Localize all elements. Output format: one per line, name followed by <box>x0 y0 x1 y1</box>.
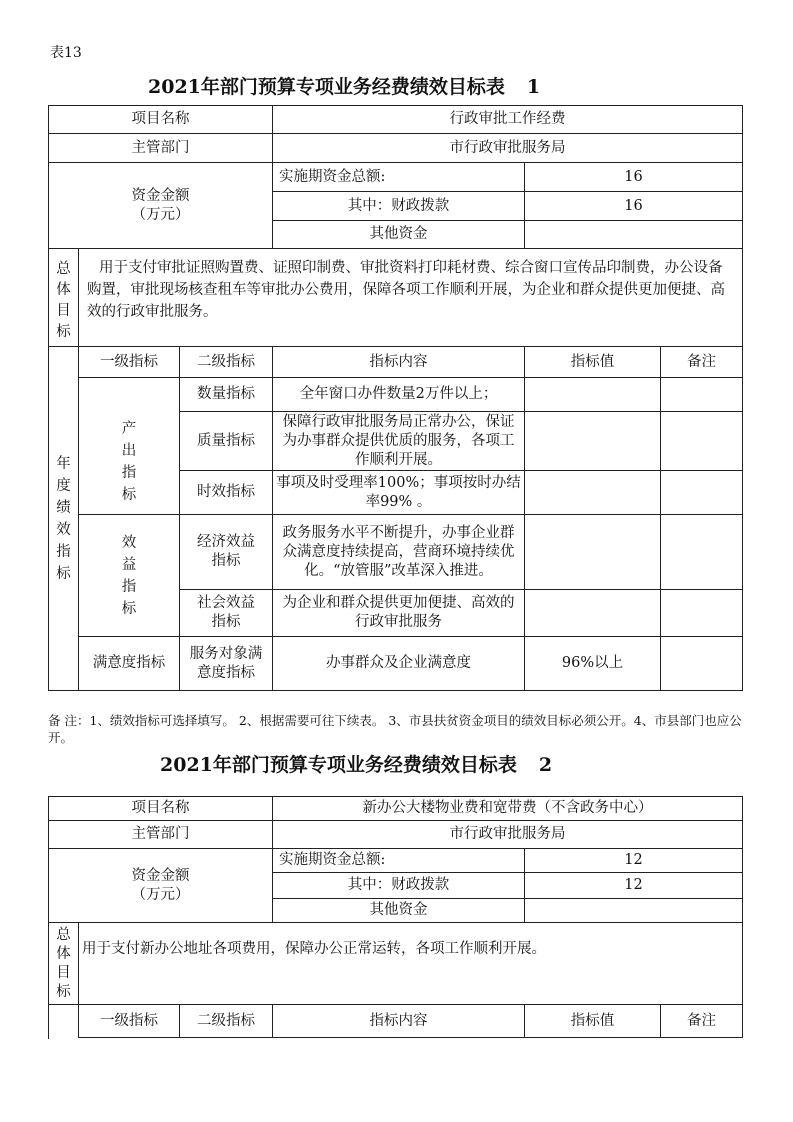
t2-fiscal-funds-label: 其中：财政拨款 <box>272 872 525 899</box>
table-2-title-text: 2021年部门预算专项业务经费绩效目标表 <box>160 754 517 776</box>
header-content: 指标内容 <box>272 346 525 378</box>
t2-dept-label: 主管部门 <box>48 820 273 849</box>
t2-other-funds-label: 其他资金 <box>272 898 525 923</box>
overall-goal-text: 用于支付审批证照购置费、证照印制费、审批资料打印耗材费、综合窗口宣传品印制费，办… <box>78 248 743 347</box>
funds-label-line2: （万元） <box>132 206 190 225</box>
row-timeliness-value <box>524 470 661 515</box>
other-funds-label: 其他资金 <box>272 220 525 249</box>
header-note: 备注 <box>660 346 743 378</box>
row-timeliness-level2: 时效指标 <box>179 470 273 515</box>
row-quantity-content: 全年窗口办件数量2万件以上； <box>272 377 525 412</box>
total-funds-label: 实施期资金总额: <box>272 162 525 192</box>
t2-header-value: 指标值 <box>524 1004 661 1038</box>
row-timeliness-note <box>660 470 743 515</box>
t2-fiscal-funds-value: 12 <box>524 872 743 899</box>
row-quality-note <box>660 411 743 471</box>
row-satisfaction-content: 办事群众及企业满意度 <box>272 636 525 691</box>
row-satisfaction-note <box>660 636 743 691</box>
row-economic-value <box>524 514 661 590</box>
t2-header-note: 备注 <box>660 1004 743 1038</box>
row-quantity-note <box>660 377 743 412</box>
project-name-value: 行政审批工作经费 <box>272 105 743 134</box>
t2-project-name-value: 新办公大楼物业费和宽带费（不含政务中心） <box>272 796 743 821</box>
t2-overall-goal-label: 总体目标 <box>48 922 79 1005</box>
header-value: 指标值 <box>524 346 661 378</box>
row-satisfaction-value: 96%以上 <box>524 636 661 691</box>
row-quantity-value <box>524 377 661 412</box>
row-timeliness-content: 事项及时受理率100%；事项按时办结率99% 。 <box>272 470 525 515</box>
row-social-level2: 社会效益指标 <box>179 589 273 637</box>
row-quality-level2: 质量指标 <box>179 411 273 471</box>
t2-header-level1: 一级指标 <box>78 1004 180 1038</box>
overall-goal-label: 总体目标 <box>48 248 79 347</box>
row-quality-content: 保障行政审批服务局正常办公，保证为办事群众提供优质的服务，各项工作顺利开展。 <box>272 411 525 471</box>
table-2-title: 2021年部门预算专项业务经费绩效目标表2 <box>160 750 552 777</box>
row-social-content: 为企业和群众提供更加便捷、高效的行政审批服务 <box>272 589 525 637</box>
other-funds-value <box>524 220 743 249</box>
table-1-title-number: 1 <box>527 76 540 98</box>
table-1-title-text: 2021年部门预算专项业务经费绩效目标表 <box>148 76 505 98</box>
fiscal-funds-label: 其中：财政拨款 <box>272 191 525 221</box>
row-satisfaction-level2: 服务对象满意度指标 <box>179 636 273 691</box>
t2-funds-label: 资金金额 （万元） <box>48 848 273 923</box>
annual-indicators-label: 年度绩效指标 <box>48 346 79 691</box>
table-2-title-number: 2 <box>539 754 552 776</box>
table-1-title: 2021年部门预算专项业务经费绩效目标表1 <box>148 72 540 99</box>
funds-label: 资金金额 （万元） <box>48 162 273 249</box>
dept-label: 主管部门 <box>48 133 273 163</box>
funds-label-line1: 资金金额 <box>132 187 190 206</box>
t2-header-content: 指标内容 <box>272 1004 525 1038</box>
t2-overall-goal-text: 用于支付新办公地址各项费用，保障办公正常运转，各项工作顺利开展。 <box>78 922 743 1005</box>
header-level2: 二级指标 <box>179 346 273 378</box>
header-level1: 一级指标 <box>78 346 180 378</box>
t2-total-funds-label: 实施期资金总额: <box>272 848 525 873</box>
t2-other-funds-value <box>524 898 743 923</box>
t2-header-level2: 二级指标 <box>179 1004 273 1038</box>
t2-total-funds-value: 12 <box>524 848 743 873</box>
dept-value: 市行政审批服务局 <box>272 133 743 163</box>
group-output-label: 产出指标 <box>78 377 180 515</box>
row-social-note <box>660 589 743 637</box>
row-economic-note <box>660 514 743 590</box>
group-benefit-label: 效益指标 <box>78 514 180 637</box>
row-quality-value <box>524 411 661 471</box>
row-economic-level2: 经济效益指标 <box>179 514 273 590</box>
row-social-value <box>524 589 661 637</box>
table-number-label: 表13 <box>50 42 82 62</box>
t2-annual-indicators-label <box>48 1004 79 1039</box>
total-funds-value: 16 <box>524 162 743 192</box>
project-name-label: 项目名称 <box>48 105 273 134</box>
row-quantity-level2: 数量指标 <box>179 377 273 412</box>
fiscal-funds-value: 16 <box>524 191 743 221</box>
row-economic-content: 政务服务水平不断提升，办事企业群众满意度持续提高，营商环境持续优化。“放管服”改… <box>272 514 525 590</box>
footnote: 备 注：1、绩效指标可选择填写。 2、根据需要可往下续表。 3、市县扶贫资金项目… <box>48 712 748 746</box>
t2-project-name-label: 项目名称 <box>48 796 273 821</box>
t2-dept-value: 市行政审批服务局 <box>272 820 743 849</box>
group-satisfaction-label: 满意度指标 <box>78 636 180 691</box>
